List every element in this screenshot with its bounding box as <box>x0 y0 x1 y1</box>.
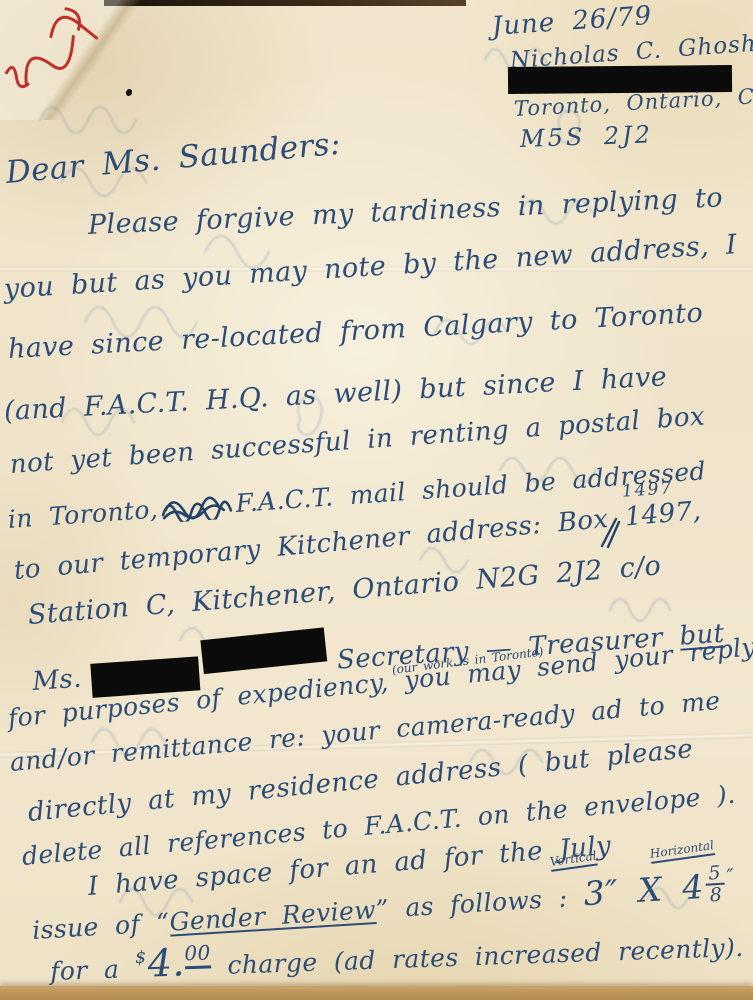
body-line-9-pre: Ms. <box>31 664 82 697</box>
body-line-15-post: ” as follows : <box>375 883 568 924</box>
body-line-15-pre: issue of “ <box>31 908 170 945</box>
sender-postal-code: M5S 2J2 <box>520 122 654 151</box>
ink-speck <box>126 89 132 96</box>
scan-edge-bottom <box>0 986 753 1000</box>
red-ink-note <box>0 0 190 120</box>
body-line-16-post: charge (ad rates increased recently). <box>227 933 744 980</box>
fraction-denominator: 8 <box>706 885 726 905</box>
ad-size-fraction: 58 <box>705 864 727 905</box>
price-currency: $ <box>135 948 147 968</box>
fraction-numerator: 5 <box>705 864 725 886</box>
publication-title: Gender Review <box>169 895 377 937</box>
redaction-bar-name-2 <box>201 627 328 674</box>
body-line-16-pre: for a <box>50 955 120 986</box>
ad-size-whole: 3″ X 4 <box>582 867 705 913</box>
scribbled-out-word <box>159 490 235 523</box>
price-dollars: 4. <box>147 940 186 985</box>
ad-size: 3″ X 458″ <box>582 865 736 913</box>
corner-fold-crease <box>0 0 185 120</box>
body-line-3: have since re-located from Calgary to To… <box>7 300 704 363</box>
salutation: Dear Ms. Saunders: <box>5 129 342 189</box>
price-cents: 00 <box>184 940 211 969</box>
body-line-6-pre: in Toronto, <box>7 495 159 534</box>
body-line-1: Please forgive my tardiness in replying … <box>87 184 723 239</box>
scan-edge-top <box>104 0 466 6</box>
annotation-horizontal: Horizontal <box>649 839 714 860</box>
letter-date: June 26/79 <box>491 3 653 40</box>
inch-mark: ″ <box>726 865 735 887</box>
scanned-letter-page: June 26/79 Nicholas C. Ghosh Toronto, On… <box>0 0 753 1000</box>
body-line-2: you but as you may note by the new addre… <box>3 231 738 303</box>
